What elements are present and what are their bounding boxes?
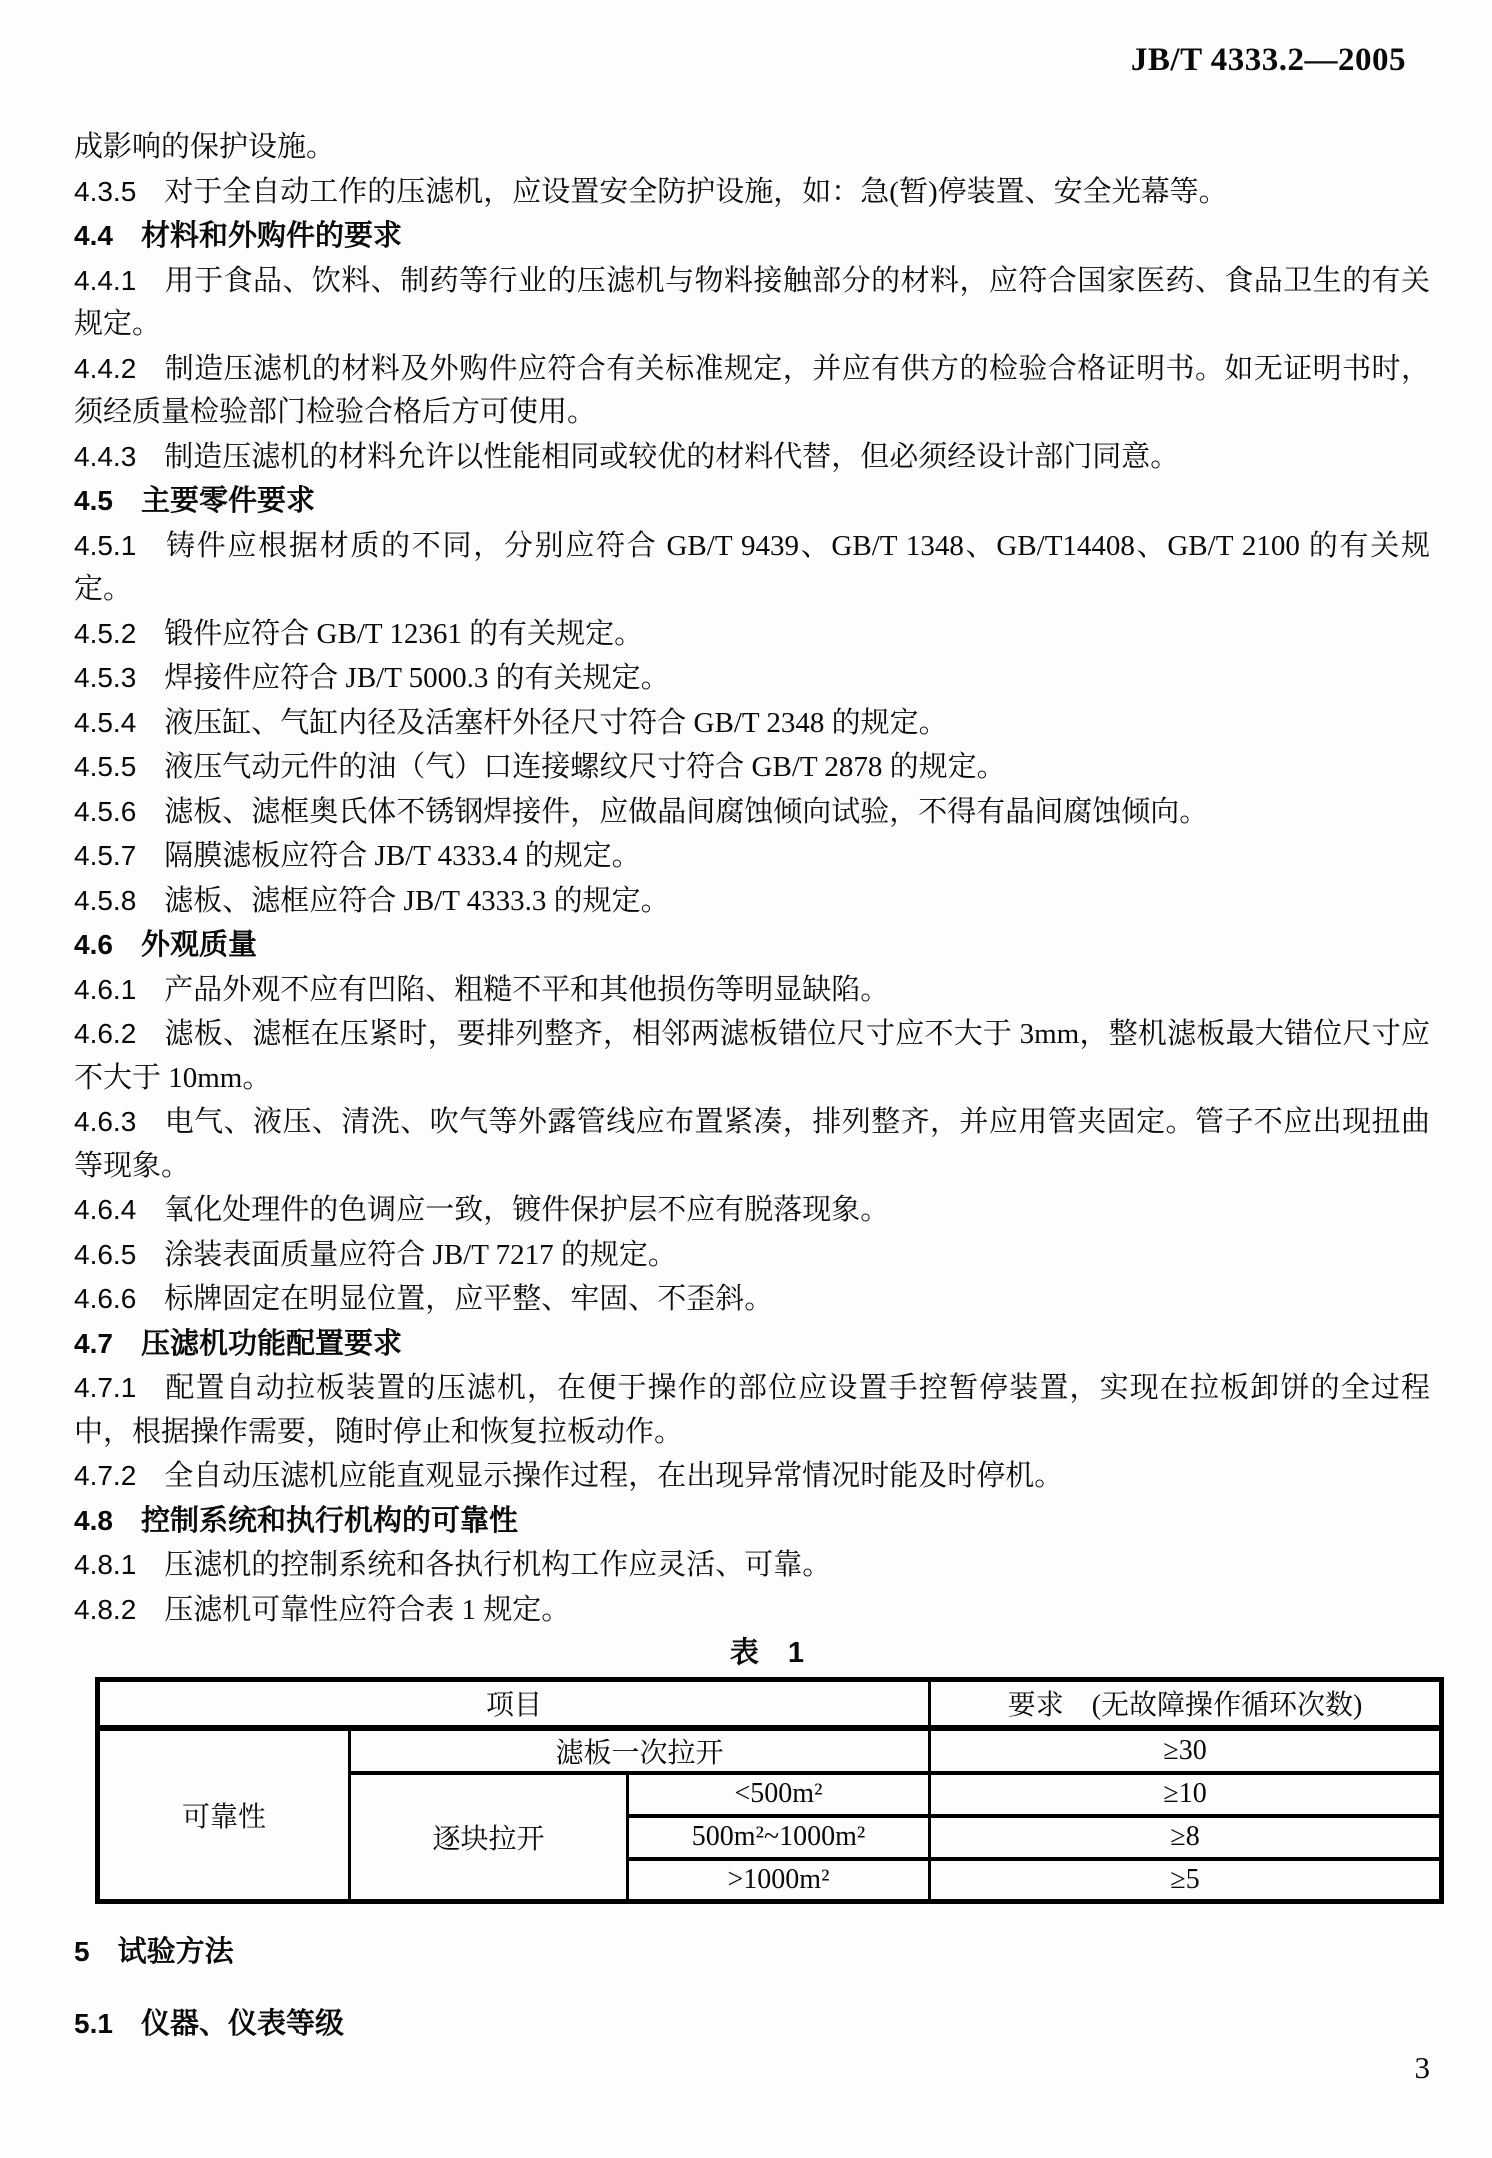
table-caption: 表 1 [95,1632,1439,1675]
clause-number: 4.4 [74,220,113,251]
clause-4.3.5: 4.3.5对于全自动工作的压滤机，应设置安全防护设施，如：急(暂)停装置、安全光… [74,170,1430,215]
clause-text: 用于食品、饮料、制药等行业的压滤机与物料接触部分的材料，应符合国家医药、食品卫生… [74,265,1430,341]
clause-4.6.4: 4.6.4氧化处理件的色调应一致，镀件保护层不应有脱落现象。 [74,1188,1430,1233]
clause-text: 材料和外购件的要求 [141,220,402,252]
clause-5.1: 5.1仪器、仪表等级 [74,2002,1430,2047]
clause-number: 4.5.8 [74,885,136,916]
clause-number: 4.6.4 [74,1194,136,1225]
clause-text: 液压缸、气缸内径及活塞杆外径尺寸符合 GB/T 2348 的规定。 [164,707,947,739]
clause-text: 滤板、滤框应符合 JB/T 4333.3 的规定。 [164,885,669,917]
clause-4.6.3: 4.6.3电气、液压、清洗、吹气等外露管线应布置紧凑，排列整齐，并应用管夹固定。… [74,1100,1430,1188]
clause-text: 仪器、仪表等级 [141,2008,344,2040]
clause-text: 滤板、滤框在压紧时，要排列整齐，相邻两滤板错位尺寸应不大于 3mm，整机滤板最大… [74,1018,1430,1094]
clause-number: 4.5 [74,485,113,516]
clause-4.4.1: 4.4.1用于食品、饮料、制药等行业的压滤机与物料接触部分的材料，应符合国家医药… [74,259,1430,347]
clause-text: 标牌固定在明显位置，应平整、牢固、不歪斜。 [164,1283,773,1315]
column-header-requirement: 要求 (无故障操作循环次数) [930,1680,1442,1728]
clause-number: 4.5.7 [74,840,136,871]
clause-4.4: 4.4材料和外购件的要求 [74,214,1430,259]
clause-text: 液压气动元件的油（气）口连接螺纹尺寸符合 GB/T 2878 的规定。 [164,751,1005,783]
clause-number: 4.4.2 [74,353,136,384]
document-content: 成影响的保护设施。4.3.5对于全自动工作的压滤机，应设置安全防护设施，如：急(… [74,126,1430,2073]
clause-text: 控制系统和执行机构的可靠性 [141,1505,518,1537]
clause-text: 外观质量 [141,929,257,961]
clause-4.6.6: 4.6.6标牌固定在明显位置，应平整、牢固、不歪斜。 [74,1277,1430,1322]
clause-text: 压滤机可靠性应符合表 1 规定。 [164,1594,570,1626]
cell-subcategory: 逐块拉开 [350,1773,628,1902]
clause-number: 4.6.6 [74,1283,136,1314]
clause-text: 压滤机功能配置要求 [141,1328,402,1360]
cell-value-1: ≥10 [930,1773,1442,1816]
clause-number: 4.8.1 [74,1549,136,1580]
clause-4.5.5: 4.5.5液压气动元件的油（气）口连接螺纹尺寸符合 GB/T 2878 的规定。 [74,745,1430,790]
clause-4.6: 4.6外观质量 [74,923,1430,968]
standard-number: JB/T 4333.2—2005 [1131,42,1406,79]
clause-4.5.4: 4.5.4液压缸、气缸内径及活塞杆外径尺寸符合 GB/T 2348 的规定。 [74,701,1430,746]
clause-4.4.3: 4.4.3制造压滤机的材料允许以性能相同或较优的材料代替，但必须经设计部门同意。 [74,435,1430,480]
table-header-row: 项目 要求 (无故障操作循环次数) [98,1680,1442,1728]
clause-text: 涂装表面质量应符合 JB/T 7217 的规定。 [164,1239,677,1271]
cell-label-0: 滤板一次拉开 [350,1728,930,1773]
clause-text: 成影响的保护设施。 [74,131,335,163]
clauses-main: 成影响的保护设施。4.3.5对于全自动工作的压滤机，应设置安全防护设施，如：急(… [74,126,1430,1632]
clause-number: 4.6.1 [74,974,136,1005]
clause-text: 氧化处理件的色调应一致，镀件保护层不应有脱落现象。 [164,1194,889,1226]
cell-label-1: <500m² [628,1773,930,1816]
clause-number: 4.8.2 [74,1594,136,1625]
clause-number: 4.6.5 [74,1239,136,1270]
clause-number: 4.5.2 [74,618,136,649]
clause-4.6.2: 4.6.2滤板、滤框在压紧时，要排列整齐，相邻两滤板错位尺寸应不大于 3mm，整… [74,1012,1430,1100]
table-1-block: 表 1 项目 要求 (无故障操作循环次数) 可靠性 滤板一次拉开 [95,1632,1439,1904]
clause-number: 4.8 [74,1505,113,1536]
clause-4.5.1: 4.5.1铸件应根据材质的不同，分别应符合 GB/T 9439、GB/T 134… [74,524,1430,612]
clause-number: 4.6.2 [74,1018,136,1049]
clauses-after-table: 5试验方法5.1仪器、仪表等级 [74,1930,1430,2046]
cell-category-reliability: 可靠性 [98,1728,350,1902]
clause-4.8: 4.8控制系统和执行机构的可靠性 [74,1499,1430,1544]
clause-text: 电气、液压、清洗、吹气等外露管线应布置紧凑，排列整齐，并应用管夹固定。管子不应出… [74,1106,1430,1182]
clause-4.5.3: 4.5.3焊接件应符合 JB/T 5000.3 的有关规定。 [74,656,1430,701]
clause-text: 隔膜滤板应符合 JB/T 4333.4 的规定。 [164,840,640,872]
clause-text: 滤板、滤框奥氏体不锈钢焊接件，应做晶间腐蚀倾向试验，不得有晶间腐蚀倾向。 [164,796,1208,828]
clause-4.7.2: 4.7.2全自动压滤机应能直观显示操作过程，在出现异常情况时能及时停机。 [74,1454,1430,1499]
clause-4.5.8: 4.5.8滤板、滤框应符合 JB/T 4333.3 的规定。 [74,879,1430,924]
column-header-item: 项目 [98,1680,930,1728]
clause-4.7: 4.7压滤机功能配置要求 [74,1322,1430,1367]
cell-value-0: ≥30 [930,1728,1442,1773]
clause-4.5.2: 4.5.2锻件应符合 GB/T 12361 的有关规定。 [74,612,1430,657]
clause-text: 试验方法 [118,1936,234,1968]
clause-4.8.1: 4.8.1压滤机的控制系统和各执行机构工作应灵活、可靠。 [74,1543,1430,1588]
clause-text: 铸件应根据材质的不同，分别应符合 GB/T 9439、GB/T 1348、GB/… [74,530,1430,606]
clause-text: 产品外观不应有凹陷、粗糙不平和其他损伤等明显缺陷。 [164,974,889,1006]
reliability-table: 项目 要求 (无故障操作循环次数) 可靠性 滤板一次拉开 ≥30 逐块拉开 <5… [95,1677,1444,1904]
clause-5: 5试验方法 [74,1930,1430,1975]
clause-text: 压滤机的控制系统和各执行机构工作应灵活、可靠。 [164,1549,831,1581]
document-page: JB/T 4333.2—2005 成影响的保护设施。4.3.5对于全自动工作的压… [0,0,1492,2158]
cell-value-3: ≥5 [930,1859,1442,1902]
cell-label-2: 500m²~1000m² [628,1816,930,1859]
clause-4.7.1: 4.7.1配置自动拉板装置的压滤机，在便于操作的部位应设置手控暂停装置，实现在拉… [74,1366,1430,1454]
clause-4.5.7: 4.5.7隔膜滤板应符合 JB/T 4333.4 的规定。 [74,834,1430,879]
clause-text: 主要零件要求 [141,485,315,517]
clause-4.4.2: 4.4.2制造压滤机的材料及外购件应符合有关标准规定，并应有供方的检验合格证明书… [74,347,1430,435]
clause-text: 焊接件应符合 JB/T 5000.3 的有关规定。 [164,662,669,694]
clause-text: 全自动压滤机应能直观显示操作过程，在出现异常情况时能及时停机。 [164,1460,1063,1492]
clause-text: 对于全自动工作的压滤机，应设置安全防护设施，如：急(暂)停装置、安全光幕等。 [164,176,1227,208]
clause-4.8.2: 4.8.2压滤机可靠性应符合表 1 规定。 [74,1588,1430,1633]
table-row: 可靠性 滤板一次拉开 ≥30 [98,1728,1442,1773]
clause-4.5: 4.5主要零件要求 [74,479,1430,524]
clause-number: 4.4.1 [74,265,136,296]
cell-value-2: ≥8 [930,1816,1442,1859]
clause-text: 制造压滤机的材料及外购件应符合有关标准规定，并应有供方的检验合格证明书。如无证明… [74,353,1430,429]
clause-text: 配置自动拉板装置的压滤机，在便于操作的部位应设置手控暂停装置，实现在拉板卸饼的全… [74,1372,1430,1448]
clause-number: 4.7 [74,1328,113,1359]
clause-text: 锻件应符合 GB/T 12361 的有关规定。 [164,618,643,650]
clause-number: 4.5.6 [74,796,136,827]
clause-number: 4.5.5 [74,751,136,782]
clause-number: 4.6.3 [74,1106,136,1137]
page-number: 3 [1415,2050,1431,2086]
clause-number: 5.1 [74,2008,113,2039]
clause-number: 5 [74,1936,90,1967]
clause-number: 4.7.1 [74,1372,136,1403]
cell-label-3: >1000m² [628,1859,930,1902]
continuation-paragraph: 成影响的保护设施。 [74,126,1430,170]
clause-number: 4.5.3 [74,662,136,693]
clause-number: 4.5.1 [74,530,136,561]
clause-number: 4.5.4 [74,707,136,738]
clause-text: 制造压滤机的材料允许以性能相同或较优的材料代替，但必须经设计部门同意。 [164,441,1179,473]
clause-number: 4.3.5 [74,176,136,207]
clause-4.6.1: 4.6.1产品外观不应有凹陷、粗糙不平和其他损伤等明显缺陷。 [74,968,1430,1013]
clause-4.6.5: 4.6.5涂装表面质量应符合 JB/T 7217 的规定。 [74,1233,1430,1278]
clause-number: 4.7.2 [74,1460,136,1491]
clause-number: 4.6 [74,929,113,960]
clause-number: 4.4.3 [74,441,136,472]
clause-4.5.6: 4.5.6滤板、滤框奥氏体不锈钢焊接件，应做晶间腐蚀倾向试验，不得有晶间腐蚀倾向… [74,790,1430,835]
